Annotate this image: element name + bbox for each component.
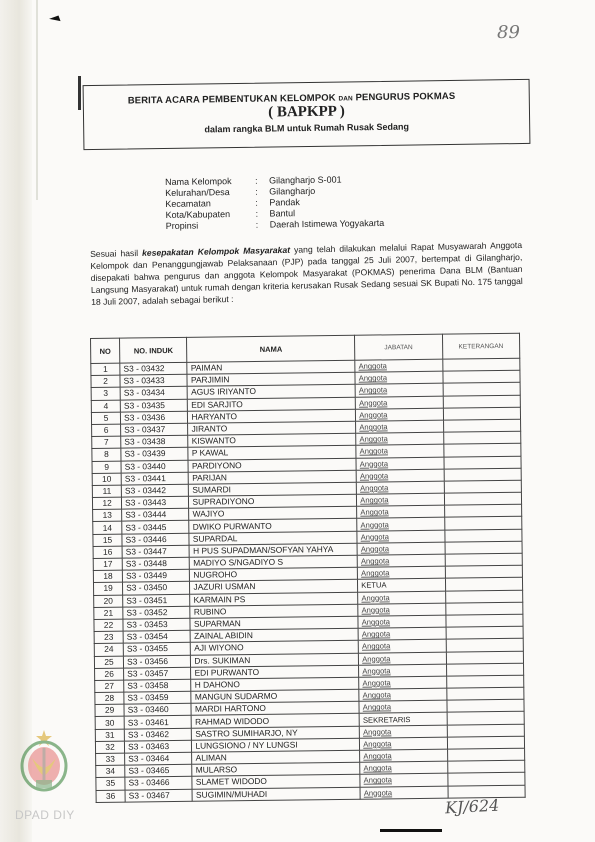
cell-no-induk: S3 - 03447 bbox=[122, 545, 189, 558]
watermark: DPAD DIY bbox=[15, 808, 75, 822]
cell-keterangan bbox=[447, 712, 525, 725]
cell-no-induk: S3 - 03451 bbox=[123, 594, 190, 607]
cell-keterangan bbox=[443, 395, 521, 408]
cell-keterangan bbox=[443, 370, 521, 383]
cell-keterangan bbox=[444, 468, 522, 481]
cell-jabatan: Anggota bbox=[355, 359, 443, 372]
info-row: Propinsi:Daerah Istimewa Yogyakarta bbox=[166, 218, 385, 232]
info-colon: : bbox=[255, 209, 269, 220]
info-value: Gilangharjo S-001 bbox=[269, 175, 342, 187]
cell-no-induk: S3 - 03435 bbox=[120, 399, 187, 412]
cell-no-induk: S3 - 03449 bbox=[122, 569, 189, 582]
cell-jabatan: Anggota bbox=[360, 749, 448, 762]
handwritten-code: KJ/624 bbox=[445, 796, 500, 818]
cell-no-induk: S3 - 03441 bbox=[121, 472, 188, 485]
cell-keterangan bbox=[447, 748, 525, 761]
cell-keterangan bbox=[443, 419, 521, 432]
scan-edge bbox=[0, 0, 32, 842]
cell-jabatan: Anggota bbox=[357, 542, 445, 555]
cell-jabatan: Anggota bbox=[359, 725, 447, 738]
info-value: Pandak bbox=[269, 197, 300, 208]
paragraph-emphasis: kesepakatan Kelompok Masyarakat bbox=[142, 245, 290, 258]
cell-keterangan bbox=[445, 565, 523, 578]
cell-no-induk: S3 - 03440 bbox=[121, 460, 188, 473]
cell-no: 33 bbox=[96, 753, 125, 766]
cell-no-induk: S3 - 03437 bbox=[121, 423, 188, 436]
cell-jabatan: Anggota bbox=[358, 603, 446, 616]
cell-no-induk: S3 - 03454 bbox=[123, 630, 190, 643]
member-table-wrapper: NO NO. INDUK NAMA JABATAN KETERANGAN 1S3… bbox=[90, 333, 526, 803]
info-value: Bantul bbox=[269, 208, 295, 219]
bottom-bar bbox=[380, 829, 442, 832]
cell-jabatan: Anggota bbox=[357, 554, 445, 567]
cell-keterangan bbox=[447, 699, 525, 712]
cell-jabatan: Anggota bbox=[357, 505, 445, 518]
cell-jabatan: KETUA bbox=[358, 579, 446, 592]
cell-no-induk: S3 - 03434 bbox=[120, 387, 187, 400]
cell-jabatan: Anggota bbox=[359, 664, 447, 677]
cell-keterangan bbox=[445, 541, 523, 554]
cell-no-induk: S3 - 03463 bbox=[125, 740, 192, 753]
cell-no: 23 bbox=[94, 631, 123, 644]
cell-keterangan bbox=[445, 602, 523, 615]
cell-no: 15 bbox=[93, 534, 122, 547]
cell-no-induk: S3 - 03438 bbox=[121, 435, 188, 448]
cell-jabatan: Anggota bbox=[358, 566, 446, 579]
cell-jabatan: Anggota bbox=[359, 688, 447, 701]
cell-jabatan: Anggota bbox=[359, 652, 447, 665]
cell-keterangan bbox=[447, 760, 525, 773]
cell-jabatan: Anggota bbox=[356, 481, 444, 494]
cell-no-induk: S3 - 03459 bbox=[124, 691, 191, 704]
cell-keterangan bbox=[444, 504, 522, 517]
cell-jabatan: Anggota bbox=[355, 396, 443, 409]
cell-no-induk: S3 - 03457 bbox=[124, 667, 191, 680]
info-colon: : bbox=[256, 220, 270, 231]
cell-no-induk: S3 - 03450 bbox=[123, 582, 190, 595]
cell-no: 9 bbox=[92, 461, 121, 474]
cell-no: 27 bbox=[95, 680, 124, 693]
cell-no: 36 bbox=[96, 790, 125, 803]
cell-no: 19 bbox=[93, 582, 122, 595]
cell-no: 26 bbox=[95, 668, 124, 681]
cell-keterangan bbox=[442, 358, 520, 371]
cell-no-induk: S3 - 03466 bbox=[125, 777, 192, 790]
cell-no: 20 bbox=[94, 595, 123, 608]
cell-no: 18 bbox=[93, 570, 122, 583]
cell-keterangan bbox=[445, 578, 523, 591]
cell-no-induk: S3 - 03458 bbox=[124, 679, 191, 692]
cell-jabatan: Anggota bbox=[357, 530, 445, 543]
info-value: Gilangharjo bbox=[269, 186, 315, 198]
cell-keterangan bbox=[446, 663, 524, 676]
cell-no: 12 bbox=[92, 497, 121, 510]
cell-no: 30 bbox=[95, 717, 124, 730]
header-no-induk: NO. INDUK bbox=[120, 337, 188, 363]
handwritten-page-number: 89 bbox=[497, 22, 520, 43]
cell-no-induk: S3 - 03462 bbox=[124, 728, 191, 741]
cell-jabatan: Anggota bbox=[356, 469, 444, 482]
cell-no: 31 bbox=[95, 729, 124, 742]
cell-keterangan bbox=[443, 407, 521, 420]
cell-no: 24 bbox=[94, 643, 123, 656]
member-table: NO NO. INDUK NAMA JABATAN KETERANGAN 1S3… bbox=[90, 333, 526, 803]
cell-no-induk: S3 - 03467 bbox=[125, 789, 192, 802]
cell-keterangan bbox=[444, 492, 522, 505]
cell-jabatan: SEKRETARIS bbox=[359, 713, 447, 726]
binder-mark bbox=[78, 76, 81, 110]
cell-jabatan: Anggota bbox=[356, 408, 444, 421]
info-value: Daerah Istimewa Yogyakarta bbox=[270, 218, 385, 231]
cell-jabatan: Anggota bbox=[356, 432, 444, 445]
cell-no: 4 bbox=[91, 400, 120, 413]
cell-no-induk: S3 - 03446 bbox=[122, 533, 189, 546]
cell-keterangan bbox=[446, 639, 524, 652]
cell-no: 14 bbox=[93, 522, 122, 535]
cell-no-induk: S3 - 03442 bbox=[121, 484, 188, 497]
cell-keterangan bbox=[443, 431, 521, 444]
cell-jabatan: Anggota bbox=[358, 591, 446, 604]
cell-no: 8 bbox=[92, 448, 121, 461]
title-text-conjunction: DAN bbox=[338, 95, 352, 102]
cell-keterangan bbox=[447, 724, 525, 737]
cell-no-induk: S3 - 03432 bbox=[120, 362, 187, 375]
cell-jabatan: Anggota bbox=[359, 676, 447, 689]
cell-jabatan: Anggota bbox=[357, 493, 445, 506]
cell-jabatan: Anggota bbox=[360, 737, 448, 750]
cell-no: 29 bbox=[95, 704, 124, 717]
cell-keterangan bbox=[446, 626, 524, 639]
cell-no: 17 bbox=[93, 558, 122, 571]
cell-keterangan bbox=[444, 456, 522, 469]
cell-no-induk: S3 - 03448 bbox=[122, 557, 189, 570]
cell-no-induk: S3 - 03461 bbox=[124, 716, 191, 729]
cell-no: 11 bbox=[92, 485, 121, 498]
cell-no: 21 bbox=[94, 607, 123, 620]
cell-keterangan bbox=[446, 675, 524, 688]
cell-no: 10 bbox=[92, 473, 121, 486]
cell-keterangan bbox=[443, 444, 521, 457]
cell-no: 5 bbox=[91, 412, 120, 425]
cell-no-induk: S3 - 03436 bbox=[121, 411, 188, 424]
cell-no-induk: S3 - 03439 bbox=[121, 448, 188, 461]
cell-no: 1 bbox=[91, 363, 120, 376]
cell-no-induk: S3 - 03453 bbox=[123, 618, 190, 631]
cell-no: 16 bbox=[93, 546, 122, 559]
info-colon: : bbox=[255, 187, 269, 198]
dpad-emblem-icon bbox=[18, 728, 70, 794]
cell-jabatan: Anggota bbox=[360, 774, 448, 787]
cell-no: 6 bbox=[92, 424, 121, 437]
header-nama: NAMA bbox=[187, 335, 355, 362]
cell-no: 28 bbox=[95, 692, 124, 705]
cell-keterangan bbox=[447, 736, 525, 749]
cell-jabatan: Anggota bbox=[356, 420, 444, 433]
cell-keterangan bbox=[445, 553, 523, 566]
cell-no-induk: S3 - 03455 bbox=[123, 643, 190, 656]
cell-jabatan: Anggota bbox=[357, 518, 445, 531]
cell-no: 7 bbox=[92, 436, 121, 449]
cell-nama: SUGIMIN/MUHADI bbox=[192, 787, 360, 801]
cell-jabatan: Anggota bbox=[360, 786, 448, 799]
info-colon: : bbox=[255, 176, 269, 187]
cell-no-induk: S3 - 03465 bbox=[125, 764, 192, 777]
info-label: Propinsi bbox=[166, 220, 256, 232]
cell-no-induk: S3 - 03456 bbox=[124, 655, 191, 668]
cell-jabatan: Anggota bbox=[360, 761, 448, 774]
cell-no: 2 bbox=[91, 375, 120, 388]
cell-no: 25 bbox=[94, 656, 123, 669]
cell-jabatan: Anggota bbox=[355, 384, 443, 397]
intro-paragraph: Sesuai hasil kesepakatan Kelompok Masyar… bbox=[90, 239, 523, 308]
cell-no-induk: S3 - 03452 bbox=[123, 606, 190, 619]
cell-keterangan bbox=[446, 614, 524, 627]
cell-keterangan bbox=[443, 383, 521, 396]
cell-no: 34 bbox=[96, 765, 125, 778]
cell-keterangan bbox=[447, 773, 525, 786]
cell-keterangan bbox=[444, 517, 522, 530]
cell-keterangan bbox=[444, 480, 522, 493]
cell-no-induk: S3 - 03433 bbox=[120, 375, 187, 388]
header-jabatan: JABATAN bbox=[355, 334, 443, 360]
title-box: BERITA ACARA PEMBENTUKAN KELOMPOK DAN PE… bbox=[83, 79, 531, 150]
cell-jabatan: Anggota bbox=[358, 627, 446, 640]
cell-no-induk: S3 - 03460 bbox=[124, 704, 191, 717]
group-info: Nama Kelompok:Gilangharjo S-001Kelurahan… bbox=[165, 174, 384, 232]
cell-jabatan: Anggota bbox=[358, 639, 446, 652]
info-colon: : bbox=[255, 198, 269, 209]
corner-mark bbox=[43, 15, 60, 26]
table-body: 1S3 - 03432PAIMANAnggota2S3 - 03433PARJI… bbox=[91, 358, 525, 802]
cell-jabatan: Anggota bbox=[355, 371, 443, 384]
scan-edge-line bbox=[36, 0, 38, 200]
cell-keterangan bbox=[445, 590, 523, 603]
paragraph-prefix: Sesuai hasil bbox=[90, 248, 142, 259]
cell-no: 32 bbox=[95, 741, 124, 754]
cell-keterangan bbox=[444, 529, 522, 542]
header-keterangan: KETERANGAN bbox=[442, 333, 520, 359]
cell-no: 22 bbox=[94, 619, 123, 632]
cell-jabatan: Anggota bbox=[359, 700, 447, 713]
header-no: NO bbox=[91, 338, 120, 363]
cell-no-induk: S3 - 03443 bbox=[122, 496, 189, 509]
cell-no-induk: S3 - 03444 bbox=[122, 509, 189, 522]
cell-no: 3 bbox=[91, 388, 120, 401]
cell-no-induk: S3 - 03445 bbox=[122, 521, 189, 534]
cell-keterangan bbox=[446, 651, 524, 664]
cell-no-induk: S3 - 03464 bbox=[125, 752, 192, 765]
cell-jabatan: Anggota bbox=[356, 445, 444, 458]
cell-no: 13 bbox=[93, 509, 122, 522]
cell-jabatan: Anggota bbox=[358, 615, 446, 628]
cell-keterangan bbox=[446, 687, 524, 700]
cell-no: 35 bbox=[96, 777, 125, 790]
cell-jabatan: Anggota bbox=[356, 457, 444, 470]
